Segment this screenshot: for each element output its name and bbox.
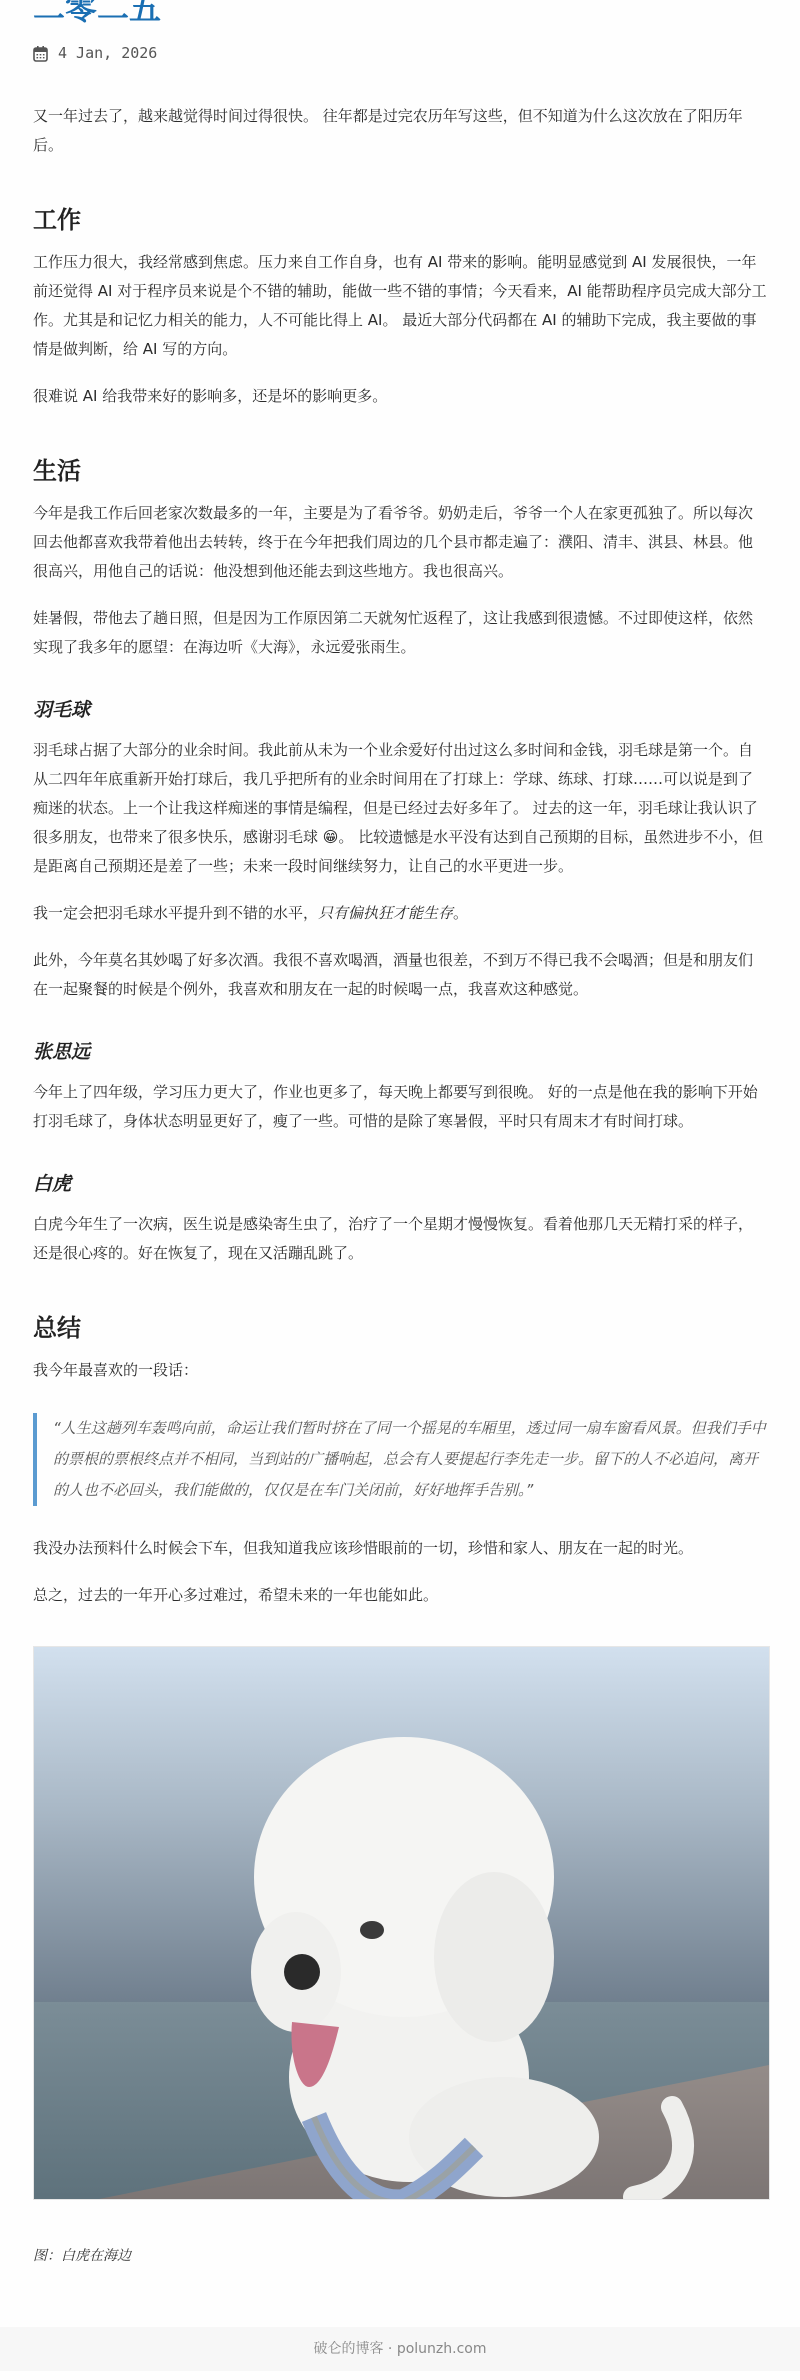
- heading-dog: 白虎: [33, 1170, 767, 1198]
- dog-paragraph-1: 白虎今年生了一次病，医生说是感染寄生虫了，治疗了一个星期才慢慢恢复。看着他那几天…: [33, 1210, 767, 1268]
- heading-work: 工作: [33, 204, 767, 236]
- heading-summary: 总结: [33, 1312, 767, 1344]
- work-paragraph-2: 很难说 AI 给我带来好的影响多，还是坏的影响更多。: [33, 382, 767, 411]
- dog-photo-figure: 图：白虎在海边: [33, 1646, 767, 2271]
- summary-paragraph-2: 总之，过去的一年开心多过难过，希望未来的一年也能如此。: [33, 1581, 767, 1610]
- badminton-paragraph-1: 羽毛球占据了大部分的业余时间。我此前从未为一个业余爱好付出过这么多时间和金钱，羽…: [33, 736, 767, 881]
- heading-life: 生活: [33, 455, 767, 487]
- calendar-icon: [33, 45, 48, 62]
- photo-caption: 图：白虎在海边: [33, 2242, 767, 2271]
- summary-paragraph-1: 我没办法预料什么时候会下车，但我知道我应该珍惜眼前的一切，珍惜和家人、朋友在一起…: [33, 1534, 767, 1563]
- dog-photo: [33, 1646, 770, 2200]
- emphasis-text: 只有偏执狂才能生存: [318, 904, 453, 922]
- heading-badminton: 羽毛球: [33, 696, 767, 724]
- post-content: 又一年过去了，越来越觉得时间过得很快。 往年都是过完农历年写这些，但不知道为什么…: [33, 102, 767, 2271]
- intro-paragraph: 又一年过去了，越来越觉得时间过得很快。 往年都是过完农历年写这些，但不知道为什么…: [33, 102, 767, 160]
- summary-lead: 我今年最喜欢的一段话：: [33, 1356, 767, 1385]
- post-date: 4 Jan, 2026: [58, 44, 157, 62]
- son-paragraph-1: 今年上了四年级，学习压力更大了，作业也更多了，每天晚上都要写到很晚。 好的一点是…: [33, 1078, 767, 1136]
- site-footer: 破仑的博客 · polunzh.com: [0, 2327, 800, 2371]
- grinning-emoji-icon: 😁: [323, 828, 339, 846]
- badminton-paragraph-3: 此外，今年莫名其妙喝了好多次酒。我很不喜欢喝酒，酒量也很差，不到万不得已我不会喝…: [33, 946, 767, 1004]
- page: 二零二五 4 Jan, 2026 又一年过去了，越来越觉得时间过得很快。 往年都…: [0, 0, 800, 2271]
- life-paragraph-1: 今年是我工作后回老家次数最多的一年，主要是为了看爷爷。奶奶走后，爷爷一个人在家更…: [33, 499, 767, 586]
- post-meta: 4 Jan, 2026: [33, 44, 767, 62]
- badminton-paragraph-2: 我一定会把羽毛球水平提升到不错的水平，只有偏执狂才能生存。: [33, 899, 767, 928]
- life-paragraph-2: 娃暑假，带他去了趟日照，但是因为工作原因第二天就匆忙返程了，这让我感到很遗憾。不…: [33, 604, 767, 662]
- favorite-quote: “人生这趟列车轰鸣向前，命运让我们暂时挤在了同一个摇晃的车厢里，透过同一扇车窗看…: [33, 1413, 767, 1506]
- work-paragraph-1: 工作压力很大，我经常感到焦虑。压力来自工作自身，也有 AI 带来的影响。能明显感…: [33, 248, 767, 364]
- post-title: 二零二五: [33, 0, 767, 26]
- footer-text[interactable]: 破仑的博客 · polunzh.com: [313, 2341, 486, 2357]
- heading-son: 张思远: [33, 1038, 767, 1066]
